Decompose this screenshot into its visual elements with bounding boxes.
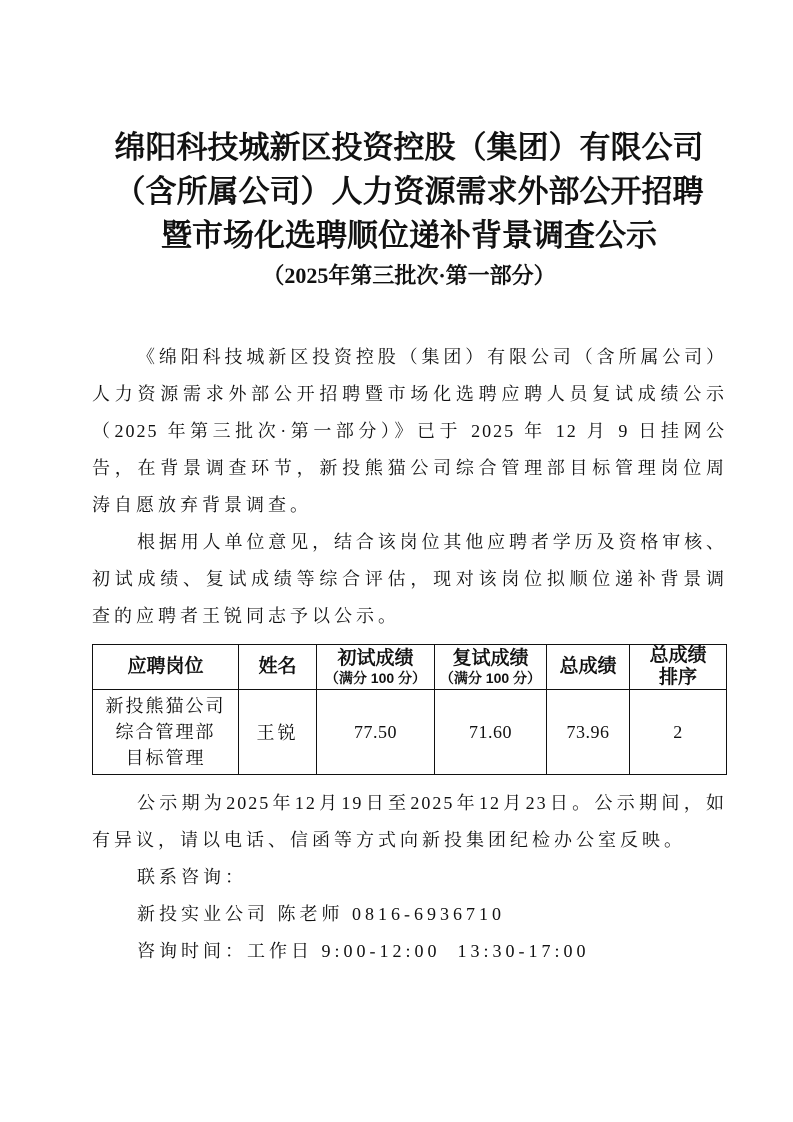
header-retest-score-label: 复试成绩 [435, 648, 546, 670]
doc-title-line-1: 绵阳科技城新区投资控股（集团）有限公司 [92, 126, 726, 170]
paragraph-1-line-3: （2025 年第三批次·第一部分）》已于 2025 年 12 月 9 日挂网公 [92, 413, 726, 450]
cell-rank: 2 [630, 690, 727, 775]
contact-hours: 咨询时间：工作日 9:00-12:00 13:30-17:00 [92, 933, 726, 970]
paragraph-1-line-1: 《绵阳科技城新区投资控股（集团）有限公司（含所属公司） [92, 339, 726, 376]
doc-tail: 公示期为2025年12月19日至2025年12月23日。公示期间，如 有异议，请… [92, 785, 726, 970]
doc-title: 绵阳科技城新区投资控股（集团）有限公司 （含所属公司）人力资源需求外部公开招聘 … [92, 126, 726, 294]
contact-person-phone: 新投实业公司 陈老师 0816-6936710 [92, 896, 726, 933]
cell-initial-score: 77.50 [317, 690, 435, 775]
header-position-label: 应聘岗位 [93, 656, 238, 678]
header-initial-score: 初试成绩 （满分 100 分） [317, 645, 435, 690]
doc-body: 《绵阳科技城新区投资控股（集团）有限公司（含所属公司） 人力资源需求外部公开招聘… [92, 339, 726, 635]
header-rank: 总成绩 排序 [630, 645, 727, 690]
score-table: 应聘岗位 姓名 初试成绩 （满分 100 分） 复试成绩 （满分 100 分） [92, 644, 727, 775]
paragraph-2-line-1: 根据用人单位意见，结合该岗位其他应聘者学历及资格审核、 [92, 524, 726, 561]
cell-position: 新投熊猫公司 综合管理部 目标管理 [93, 690, 239, 775]
header-name-label: 姓名 [239, 656, 316, 678]
doc-title-line-2: （含所属公司）人力资源需求外部公开招聘 [92, 170, 726, 214]
doc-title-line-3: 暨市场化选聘顺位递补背景调查公示 [92, 214, 726, 258]
header-retest-score: 复试成绩 （满分 100 分） [435, 645, 547, 690]
score-table-header-row: 应聘岗位 姓名 初试成绩 （满分 100 分） 复试成绩 （满分 100 分） [93, 645, 727, 690]
header-total-score-label: 总成绩 [547, 656, 629, 678]
cell-position-line-1: 新投熊猫公司 [93, 693, 238, 719]
paragraph-3-line-1: 公示期为2025年12月19日至2025年12月23日。公示期间，如 [92, 785, 726, 822]
cell-retest-score: 71.60 [435, 690, 547, 775]
paragraph-1-line-2: 人力资源需求外部公开招聘暨市场化选聘应聘人员复试成绩公示 [92, 376, 726, 413]
score-table-data-row: 新投熊猫公司 综合管理部 目标管理 王锐 77.50 71.60 73.96 2 [93, 690, 727, 775]
header-rank-label-1: 总成绩 [630, 645, 726, 667]
header-rank-label-2: 排序 [630, 667, 726, 689]
paragraph-3-line-2: 有异议，请以电话、信函等方式向新投集团纪检办公室反映。 [92, 822, 726, 859]
header-initial-score-label: 初试成绩 [317, 648, 434, 670]
header-position: 应聘岗位 [93, 645, 239, 690]
header-name: 姓名 [239, 645, 317, 690]
cell-position-line-2: 综合管理部 [93, 719, 238, 745]
header-initial-score-sublabel: （满分 100 分） [317, 670, 434, 687]
paragraph-1-line-5: 涛自愿放弃背景调查。 [92, 487, 726, 524]
header-total-score: 总成绩 [547, 645, 630, 690]
contact-label: 联系咨询： [92, 859, 726, 896]
paragraph-2-line-2: 初试成绩、复试成绩等综合评估，现对该岗位拟顺位递补背景调 [92, 561, 726, 598]
header-retest-score-sublabel: （满分 100 分） [435, 670, 546, 687]
document-page: 绵阳科技城新区投资控股（集团）有限公司 （含所属公司）人力资源需求外部公开招聘 … [0, 0, 793, 1122]
cell-name: 王锐 [239, 690, 317, 775]
paragraph-2-line-3: 查的应聘者王锐同志予以公示。 [92, 598, 726, 635]
paragraph-1-line-4: 告，在背景调查环节，新投熊猫公司综合管理部目标管理岗位周 [92, 450, 726, 487]
cell-position-line-3: 目标管理 [93, 745, 238, 771]
cell-total-score: 73.96 [547, 690, 630, 775]
doc-subtitle: （2025年第三批次·第一部分） [92, 258, 726, 294]
